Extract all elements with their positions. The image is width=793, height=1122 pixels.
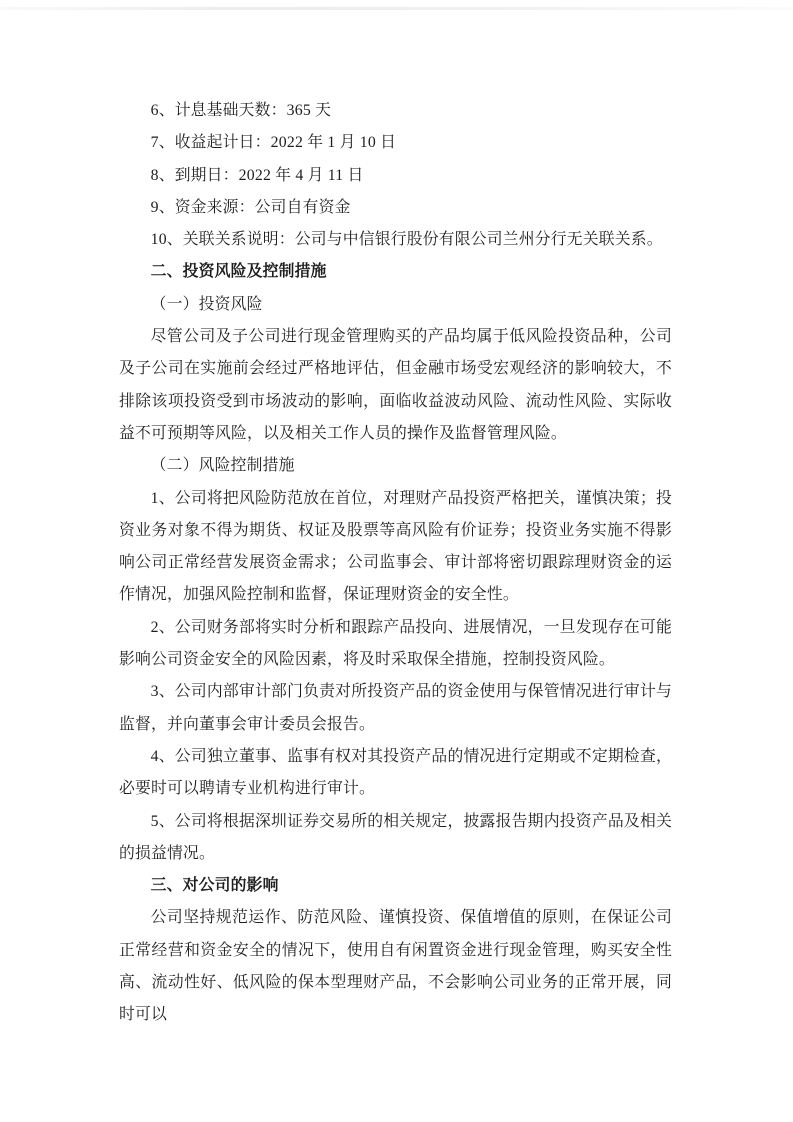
list-item-fund-source: 9、资金来源：公司自有资金 [119,192,672,224]
document-page: 6、计息基础天数：365 天 7、收益起计日：2022 年 1 月 10 日 8… [119,95,672,1032]
paragraph-impact-on-company: 公司坚持规范运作、防范风险、谨慎投资、保值增值的原则，在保证公司正常经营和资金安… [119,902,672,1031]
subheading-risk-control-measures: （二）风险控制措施 [119,450,672,482]
subheading-investment-risk: （一）投资风险 [119,289,672,321]
list-item-maturity-date: 8、到期日：2022 年 4 月 11 日 [119,160,672,192]
paragraph-control-measure-4: 4、公司独立董事、监事有权对其投资产品的情况进行定期或不定期检查，必要时可以聘请… [119,741,672,806]
paragraph-control-measure-2: 2、公司财务部将实时分析和跟踪产品投向、进展情况，一旦发现存在可能影响公司资金安… [119,612,672,677]
section-heading-impact-on-company: 三、对公司的影响 [119,870,672,902]
section-heading-investment-risk-and-controls: 二、投资风险及控制措施 [119,256,672,288]
scan-edge-artifact [0,7,793,10]
paragraph-investment-risk: 尽管公司及子公司进行现金管理购买的产品均属于低风险投资品种，公司及子公司在实施前… [119,321,672,450]
list-item-income-start-date: 7、收益起计日：2022 年 1 月 10 日 [119,127,672,159]
paragraph-control-measure-3: 3、公司内部审计部门负责对所投资产品的资金使用与保管情况进行审计与监督，并向董事… [119,676,672,741]
list-item-related-party-note: 10、关联关系说明：公司与中信银行股份有限公司兰州分行无关联关系。 [119,224,672,256]
paragraph-control-measure-5: 5、公司将根据深圳证券交易所的相关规定，披露报告期内投资产品及相关的损益情况。 [119,806,672,871]
list-item-interest-basis-days: 6、计息基础天数：365 天 [119,95,672,127]
paragraph-control-measure-1: 1、公司将把风险防范放在首位，对理财产品投资严格把关，谨慎决策；投资业务对象不得… [119,483,672,612]
